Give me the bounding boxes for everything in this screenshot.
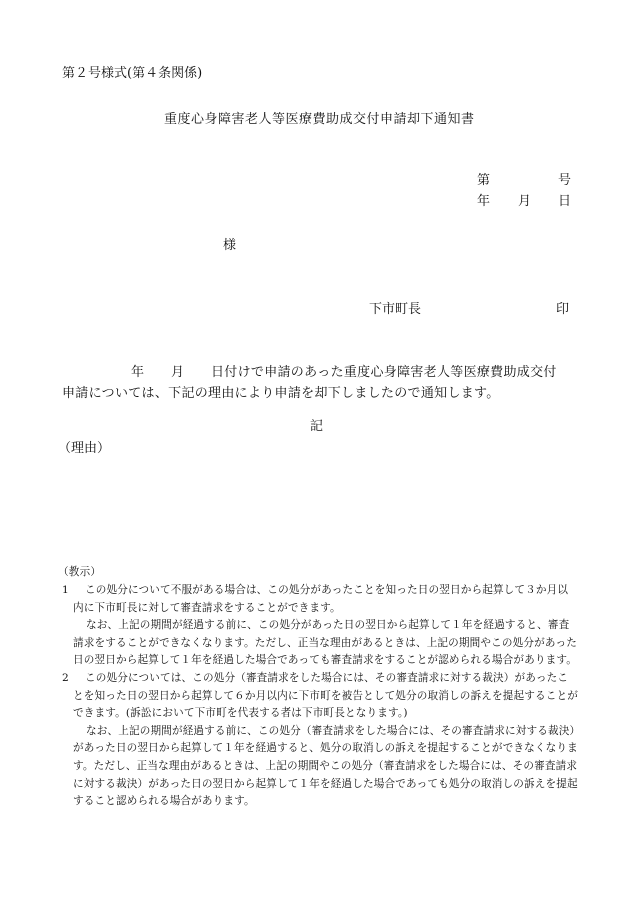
body-line1: 日付けで申請のあった重度心身障害老人等医療費助成交付: [211, 365, 557, 381]
body-month: 月: [171, 365, 184, 381]
doc-number-prefix: 第: [477, 173, 490, 189]
issuer-name: 下市町長: [369, 302, 421, 318]
form-label: 第２号様式(第４条関係): [62, 66, 202, 82]
body-line2: 申請については、下記の理由により申請を却下しましたので通知します。: [62, 386, 500, 402]
reason-label: （理由）: [58, 441, 110, 457]
date-month: 月: [518, 194, 531, 210]
addressee-suffix: 様: [223, 238, 236, 254]
ki-heading: 記: [310, 419, 323, 435]
doc-number-suffix: 号: [558, 173, 571, 189]
document-title: 重度心身障害老人等医療費助成交付申請却下通知書: [164, 108, 475, 127]
item-text: この処分について不服がある場合は、この処分があったことを知った日の翌日から起算し…: [73, 584, 568, 614]
issuer-seal: 印: [556, 302, 569, 318]
date-day: 日: [558, 194, 571, 210]
item-number: 2: [62, 670, 85, 688]
instruction-label: （教示）: [58, 566, 101, 579]
instruction-list: 1この処分について不服がある場合は、この処分があったことを知った日の翌日から起算…: [62, 582, 578, 811]
instruction-note-1: なお、上記の期間が経過する前に、この処分があった日の翌日から起算して１年を経過す…: [62, 617, 578, 670]
date-year: 年: [477, 194, 490, 210]
instruction-note-2: なお、上記の期間が経過する前に、この処分（審査請求をした場合には、その審査請求に…: [62, 723, 578, 811]
item-text: この処分については、この処分（審査請求をした場合には、その審査請求に対する裁決）…: [73, 672, 578, 719]
item-number: 1: [62, 582, 85, 600]
instruction-item-2: 2この処分については、この処分（審査請求をした場合には、その審査請求に対する裁決…: [62, 670, 578, 723]
instruction-item-1: 1この処分について不服がある場合は、この処分があったことを知った日の翌日から起算…: [62, 582, 578, 617]
body-year: 年: [131, 365, 144, 381]
